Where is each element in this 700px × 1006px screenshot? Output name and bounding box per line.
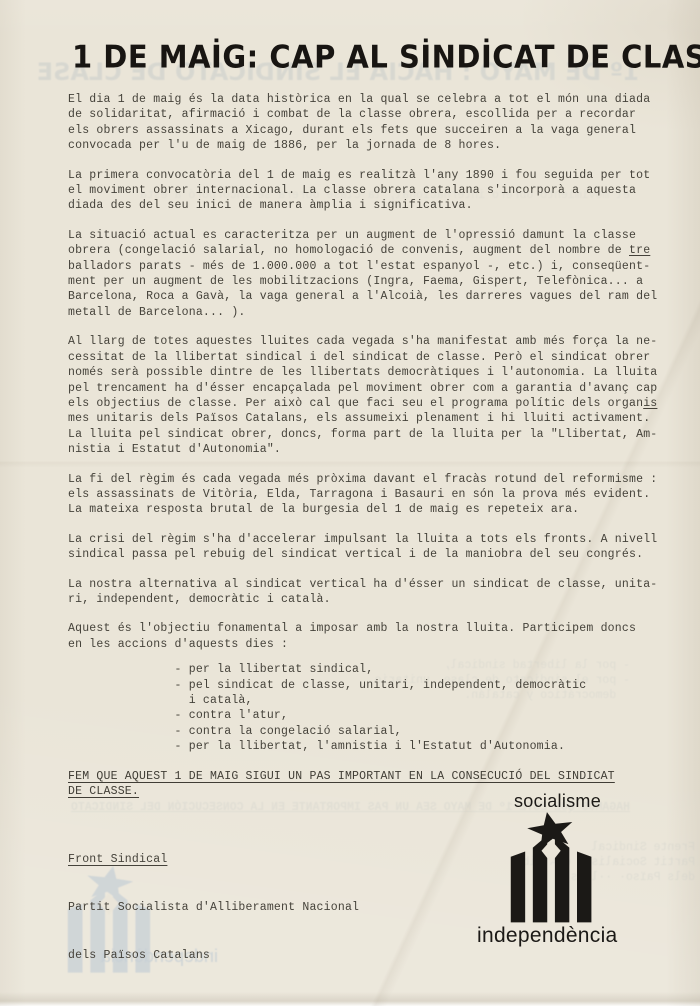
text-line: El dia 1 de maig és la data històrica en… xyxy=(68,92,658,107)
text-line: La primera convocatòria del 1 de maig es… xyxy=(68,168,658,183)
text-line: mes unitaris dels Països Catalans, els a… xyxy=(68,411,658,426)
text-line: cessitat de la llibertat sindical i del … xyxy=(68,350,658,365)
text-line: de solidaritat, afirmació i combat de la… xyxy=(68,107,658,122)
text-line: ri, independent, democràtic i català. xyxy=(68,592,658,607)
actions-list: - per la llibertat sindical, - pel sindi… xyxy=(68,662,658,754)
text-line: - contra l'atur, xyxy=(68,708,658,723)
signature-party-line2: dels Països Catalans xyxy=(68,948,359,964)
signature-org: Front Sindical xyxy=(68,852,359,868)
text-line: La fi del règim és cada vegada més pròxi… xyxy=(68,472,658,487)
page-title: 1 DE MAİG: CAP AL SİNDİCAT DE CLASSE xyxy=(72,39,672,75)
text-line: Aquest és l'objectiu fonamental a imposa… xyxy=(68,621,658,636)
text-line: només serà possible dintre de les lliber… xyxy=(68,365,658,380)
text-line: els obrers assassinats a Xicago, durant … xyxy=(68,123,658,138)
star-bars-icon xyxy=(505,808,601,935)
text-line: obrera (congelació salarial, no homologa… xyxy=(68,243,658,258)
text-line: els objectius de classe. Per això cal qu… xyxy=(68,396,658,411)
paragraph: La primera convocatòria del 1 de maig es… xyxy=(68,168,658,214)
signature-block: Front Sindical Partit Socialista d'Allib… xyxy=(68,820,359,996)
paragraph: La nostra alternativa al sindicat vertic… xyxy=(68,577,658,608)
scanned-leaflet-page: 1º DE MAYO : HACIA EL SINDICATO DE CLASE… xyxy=(0,0,700,1006)
text-line: FEM QUE AQUEST 1 DE MAIG SIGUI UN PAS IM… xyxy=(68,769,658,784)
text-line: pel trencament ha d'ésser encapçalada pe… xyxy=(68,381,658,396)
text-line: sindical passa pel rebuig del sindicat v… xyxy=(68,547,658,562)
paragraph: Al llarg de totes aquestes lluites cada … xyxy=(68,334,658,457)
signature-party-line1: Partit Socialista d'Alliberament Naciona… xyxy=(68,900,359,916)
text-line: convocada per l'u de maig de 1886, per l… xyxy=(68,138,658,153)
body-text: El dia 1 de maig és la data històrica en… xyxy=(68,92,658,799)
text-line: - contra la congelació salarial, xyxy=(68,724,658,739)
independencia-label: independència xyxy=(477,924,618,948)
text-line: - per la llibertat, l'amnistia i l'Estat… xyxy=(68,739,658,754)
text-line: Al llarg de totes aquestes lluites cada … xyxy=(68,334,658,349)
text-line: diada des del seu inici de manera àmplia… xyxy=(68,198,658,213)
paragraph: La crisi del règim s'ha d'accelerar impu… xyxy=(68,532,658,563)
text-line: balladors parats - més de 1.000.000 a to… xyxy=(68,259,658,274)
paragraph: La situació actual es caracteritza per u… xyxy=(68,228,658,320)
text-line: els assassinats de Vitòria, Elda, Tarrag… xyxy=(68,487,658,502)
text-line: - pel sindicat de classe, unitari, indep… xyxy=(68,678,658,693)
paragraph: El dia 1 de maig és la data històrica en… xyxy=(68,92,658,154)
text-line: La situació actual es caracteritza per u… xyxy=(68,228,658,243)
text-line: La crisi del règim s'ha d'accelerar impu… xyxy=(68,532,658,547)
text-line: ment per un augment de les mobilitzacion… xyxy=(68,274,658,289)
text-line: - per la llibertat sindical, xyxy=(68,662,658,677)
text-line: La mateixa resposta brutal de la burgesi… xyxy=(68,502,658,517)
paragraph: La fi del règim és cada vegada més pròxi… xyxy=(68,472,658,518)
paragraph: Aquest és l'objectiu fonamental a imposa… xyxy=(68,621,658,652)
text-line: nistia i Estatut d'Autonomia". xyxy=(68,442,658,457)
text-line: metall de Barcelona... ). xyxy=(68,305,658,320)
text-line: el moviment obrer internacional. La clas… xyxy=(68,183,658,198)
text-line: Barcelona, Roca a Gavà, la vaga general … xyxy=(68,289,658,304)
text-line: i català, xyxy=(68,693,658,708)
text-line: La nostra alternativa al sindicat vertic… xyxy=(68,577,658,592)
text-line: en les accions d'aquests dies : xyxy=(68,637,658,652)
text-line: La lluita pel sindicat obrer, doncs, for… xyxy=(68,427,658,442)
